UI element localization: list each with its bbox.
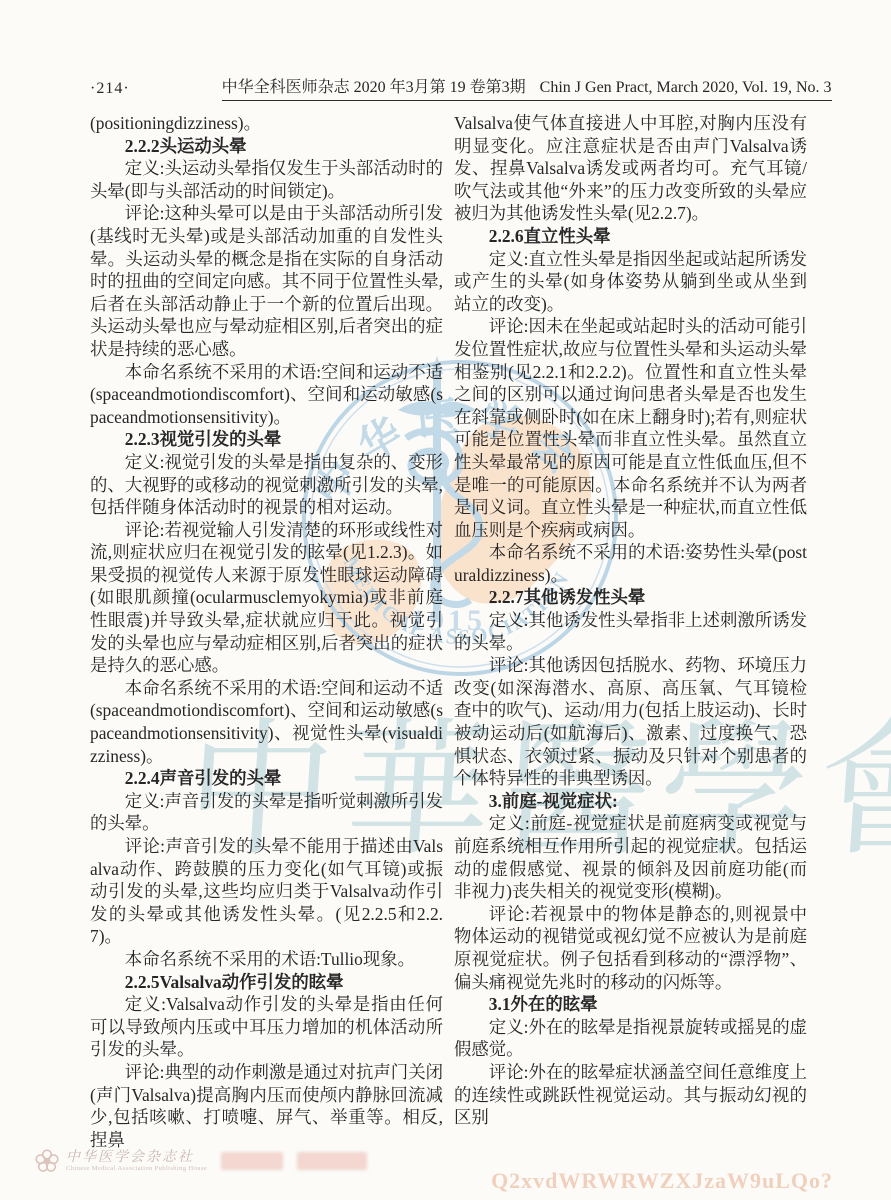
paragraph: 定义:其他诱发性头晕指非上述刺激所诱发的头晕。 bbox=[454, 609, 807, 654]
section-heading: 2.2.4声音引发的头晕 bbox=[90, 767, 443, 790]
left-column: (positioningdizziness)。2.2.2头运动头晕定义:头运动头… bbox=[90, 112, 443, 1151]
paragraph: 评论:其他诱因包括脱水、药物、环境压力改变(如深海潜水、高原、高压氧、气耳镜检查… bbox=[454, 654, 807, 790]
paragraph: (positioningdizziness)。 bbox=[90, 112, 443, 135]
journal-page: 中华医学会 1915 MEDICAL ASSOCIATION 中華醫學會 ·21… bbox=[0, 0, 891, 1200]
section-heading: 2.2.6直立性头晕 bbox=[454, 225, 807, 248]
blurred-stamp bbox=[221, 1152, 283, 1170]
publisher-name: 中华医学会杂志社 Chinese Medical Association Pub… bbox=[66, 1150, 207, 1173]
paragraph: 定义:头运动头晕指仅发生于头部活动时的头晕(即与头部活动的时间锁定)。 bbox=[90, 157, 443, 202]
code-watermark: Q2xvdWRWRWZXJzaW9uLQo? bbox=[491, 1168, 833, 1194]
paragraph: Valsalva使气体直接进人中耳腔,对胸内压没有明显变化。应注意症状是否由声门… bbox=[454, 112, 807, 225]
section-heading: 2.2.2头运动头晕 bbox=[90, 135, 443, 158]
paragraph: 定义:直立性头晕是指因坐起或站起所诱发或产生的头晕(如身体姿势从躺到坐或从坐到站… bbox=[454, 248, 807, 316]
citation-english: Chin J Gen Pract, March 2020, Vol. 19, N… bbox=[540, 79, 832, 96]
publisher-logo: 中华医学会杂志社 Chinese Medical Association Pub… bbox=[34, 1148, 367, 1174]
section-heading: 3.1外在的眩晕 bbox=[454, 993, 807, 1016]
section-heading: 2.2.5Valsalva动作引发的眩晕 bbox=[90, 971, 443, 994]
paragraph: 本命名系统不采用的术语:空间和运动不适(spaceandmotiondiscom… bbox=[90, 361, 443, 429]
paragraph: 评论:这种头晕可以是由于头部活动所引发(基线时无头晕)或是头部活动加重的自发性头… bbox=[90, 202, 443, 360]
section-heading: 3.前庭-视觉症状: bbox=[454, 790, 807, 813]
paragraph: 本命名系统不采用的术语:空间和运动不适(spaceandmotiondiscom… bbox=[90, 677, 443, 767]
paragraph: 本命名系统不采用的术语:姿势性头晕(posturaldizziness)。 bbox=[454, 541, 807, 586]
paragraph: 评论:因未在坐起或站起时头的活动可能引发位置性症状,故应与位置性头晕和头运动头晕… bbox=[454, 315, 807, 541]
journal-citation: 中华全科医师杂志 2020 年3月第 19 卷第3期Chin J Gen Pra… bbox=[222, 74, 832, 101]
paragraph: 评论:外在的眩晕症状涵盖空间任意维度上的连续性或跳跃性视觉运动。其与振动幻视的区… bbox=[454, 1061, 807, 1129]
paragraph: 定义:Valsalva动作引发的头晕是指由任何可以导致颅内压或中耳压力增加的机体… bbox=[90, 993, 443, 1061]
publisher-name-english: Chinese Medical Association Publishing H… bbox=[66, 1165, 207, 1173]
section-heading: 2.2.7其他诱发性头晕 bbox=[454, 586, 807, 609]
page-number: ·214· bbox=[90, 80, 130, 101]
paragraph: 定义:外在的眩晕是指视景旋转或摇晃的虚假感觉。 bbox=[454, 1016, 807, 1061]
paragraph: 定义:视觉引发的头晕是指由复杂的、变形的、大视野的或移动的视觉刺激所引发的头晕,… bbox=[90, 451, 443, 519]
paragraph: 评论:若视景中的物体是静态的,则视景中物体运动的视错觉或视幻觉不应被认为是前庭原… bbox=[454, 903, 807, 993]
right-column: Valsalva使气体直接进人中耳腔,对胸内压没有明显变化。应注意症状是否由声门… bbox=[454, 112, 807, 1129]
plum-blossom-icon bbox=[34, 1148, 60, 1174]
page-header: ·214· 中华全科医师杂志 2020 年3月第 19 卷第3期Chin J G… bbox=[90, 74, 806, 101]
paragraph: 评论:声音引发的头晕不能用于描述由Valsalva动作、跨鼓膜的压力变化(如气耳… bbox=[90, 835, 443, 948]
paragraph: 评论:典型的动作刺激是通过对抗声门关闭(声门Valsalva)提高胸内压而使颅内… bbox=[90, 1061, 443, 1151]
paragraph: 评论:若视觉输人引发清楚的环形或线性对流,则症状应归在视觉引发的眩晕(见1.2.… bbox=[90, 519, 443, 677]
blurred-stamp-group bbox=[221, 1152, 367, 1170]
citation-chinese: 中华全科医师杂志 2020 年3月第 19 卷第3期 bbox=[222, 79, 526, 96]
paragraph: 定义:声音引发的头晕是指听觉刺激所引发的头晕。 bbox=[90, 790, 443, 835]
publisher-name-chinese: 中华医学会杂志社 bbox=[66, 1150, 207, 1165]
paragraph: 定义:前庭-视觉症状是前庭病变或视觉与前庭系统相互作用所引起的视觉症状。包括运动… bbox=[454, 812, 807, 902]
section-heading: 2.2.3视觉引发的头晕 bbox=[90, 428, 443, 451]
blurred-stamp bbox=[297, 1152, 367, 1170]
paragraph: 本命名系统不采用的术语:Tullio现象。 bbox=[90, 948, 443, 971]
